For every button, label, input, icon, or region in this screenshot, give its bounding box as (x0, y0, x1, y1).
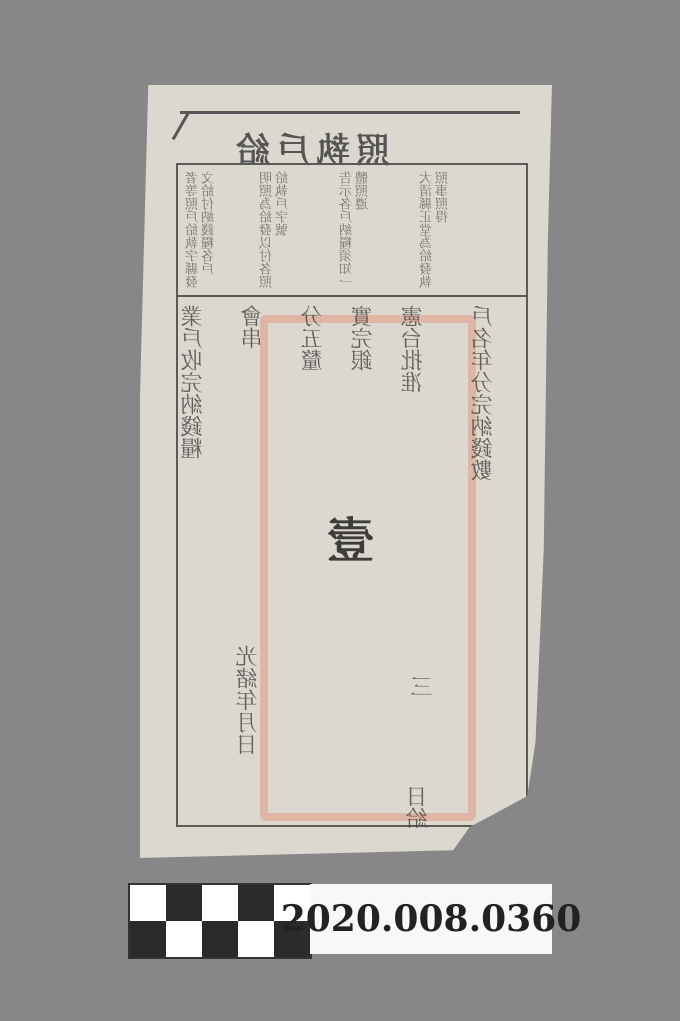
preamble-text: 告示各戶納糧須知一體照遵 (340, 171, 372, 291)
date-column: 光緒年月日 (235, 645, 263, 845)
preamble-text: 大清縣正堂為給發執照事照得 (420, 171, 452, 291)
accession-number-label: 2020.008.0360 (310, 884, 552, 954)
body-column: 憲台批准 (400, 305, 428, 505)
body-column: 會串 (240, 305, 268, 385)
body-column: 日給 (405, 785, 433, 835)
historical-document: 照執戶給 者等照戶給執字縣發文給付納錢糧各戶 明照為給發以付各照給執戶字號 告示… (140, 85, 552, 858)
body-column: 戶名年分完納錢數 (470, 305, 498, 785)
body-column: 三 (410, 675, 438, 735)
preamble-text: 明照為給發以付各照給執戶字號 (260, 171, 292, 291)
body-column: 實完銀 (350, 305, 378, 465)
large-character: 壹 (320, 515, 389, 563)
body-column: 分五釐 (300, 305, 328, 425)
preamble-text: 者等照戶給執字縣發文給付納錢糧各戶 (186, 171, 218, 291)
body-column: 業戶收完納錢糧 (180, 305, 208, 575)
divider-rule (176, 295, 526, 297)
